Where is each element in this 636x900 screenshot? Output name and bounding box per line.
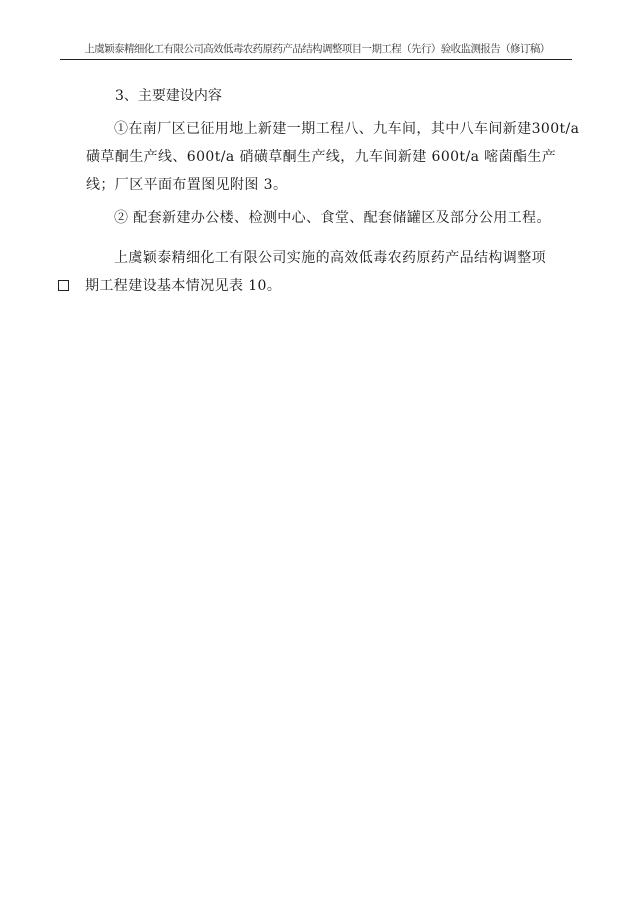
section-heading: 3、主要建设内容 <box>115 87 222 105</box>
document-page: 上虞颖泰精细化工有限公司高效低毒农药原药产品结构调整项目一期工程（先行）验收监测… <box>0 0 636 900</box>
header-divider <box>60 59 572 60</box>
paragraph-line-text: 期工程建设基本情况见表 10。 <box>85 278 281 294</box>
paragraph-new-workshops: ①在南厂区已征用地上新建一期工程八、九车间，其中八车间新建300t/a 磺草酮生… <box>86 115 581 199</box>
paragraph-supporting-facilities: ② 配套新建办公楼、检测中心、食堂、配套储罐区及部分公用工程。 <box>86 204 581 232</box>
checkbox-square-icon <box>58 280 69 291</box>
paragraph-project-summary: 上虞颖泰精细化工有限公司实施的高效低毒农药原药产品结构调整项 期工程建设基本情况… <box>86 244 581 300</box>
paragraph-line-with-checkbox: 期工程建设基本情况见表 10。 <box>58 272 581 300</box>
page-header: 上虞颖泰精细化工有限公司高效低毒农药原药产品结构调整项目一期工程（先行）验收监测… <box>62 42 572 60</box>
paragraph-line: 上虞颖泰精细化工有限公司实施的高效低毒农药原药产品结构调整项 <box>86 244 581 272</box>
